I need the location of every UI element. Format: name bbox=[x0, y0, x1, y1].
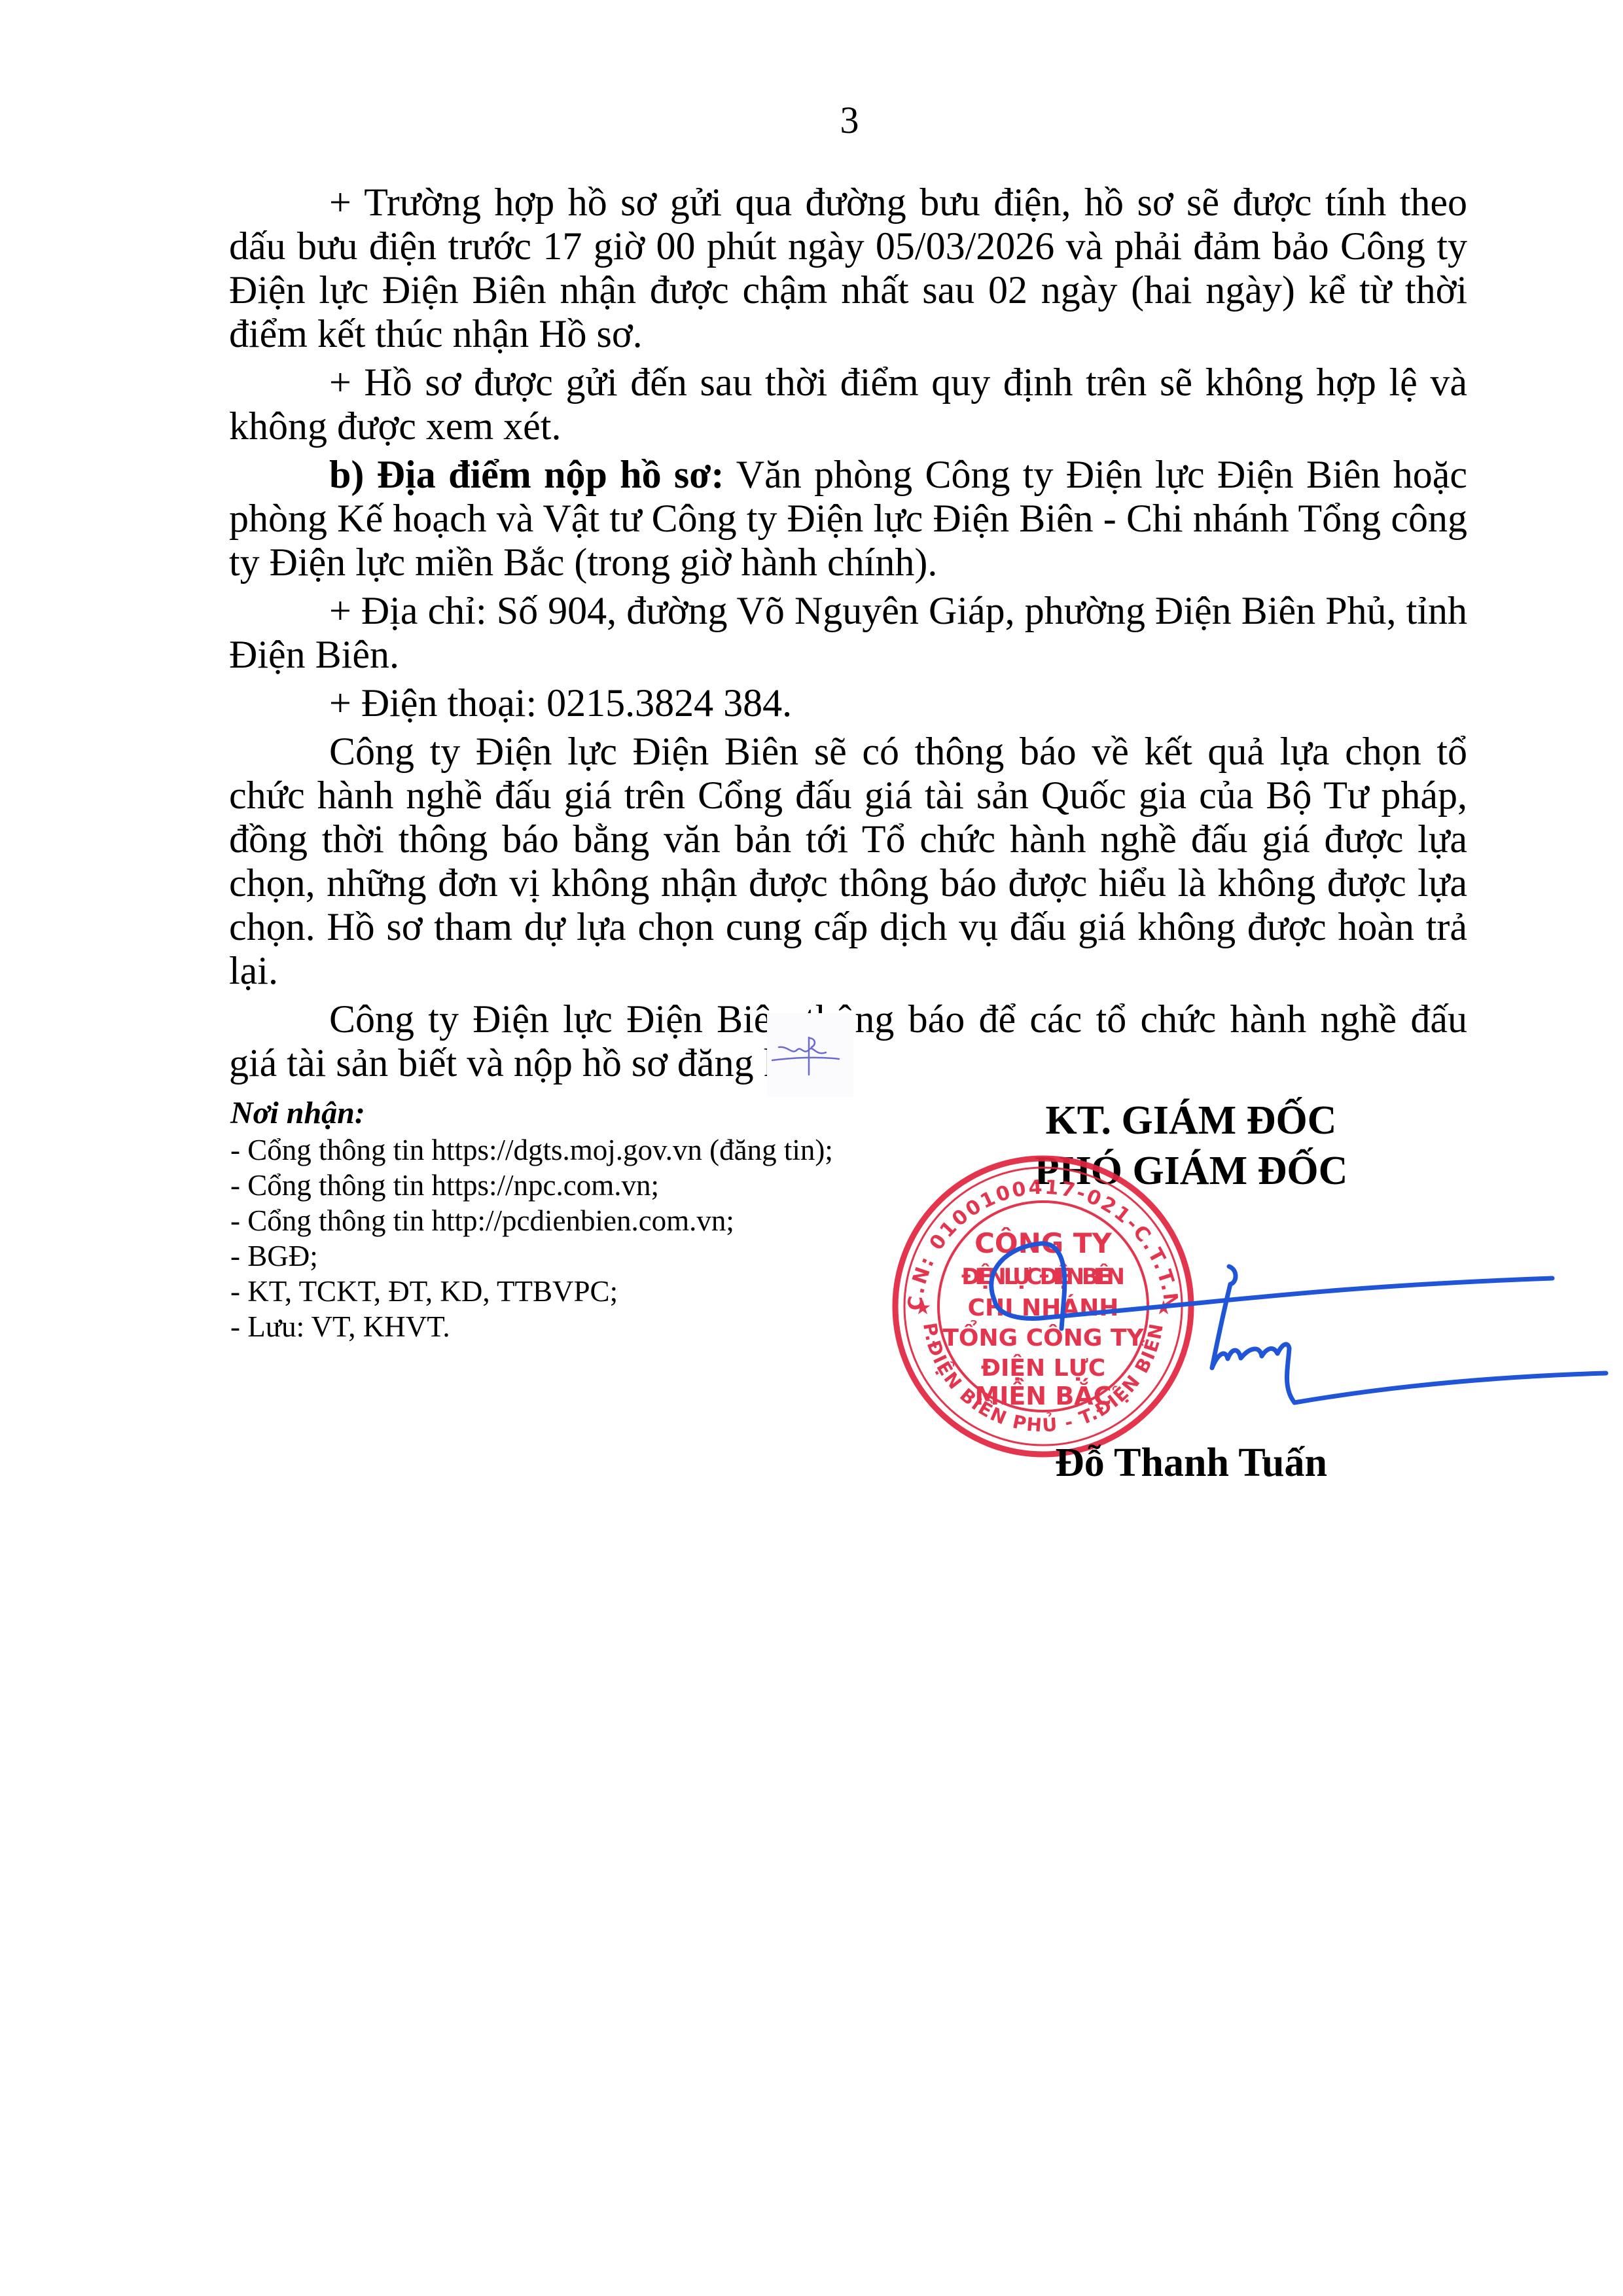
handwritten-signature-icon bbox=[991, 1244, 1606, 1403]
signer-name: Đỗ Thanh Tuấn bbox=[995, 1439, 1387, 1487]
svg-text:ĐIỆN LỰC: ĐIỆN LỰC bbox=[981, 1354, 1105, 1382]
svg-text:MIỀN BẮC: MIỀN BẮC bbox=[974, 1378, 1111, 1410]
page-number: 3 bbox=[817, 98, 882, 142]
recipient-item: - Cổng thông tin https://npc.com.vn; bbox=[230, 1168, 885, 1203]
svg-text:P.ĐIỆN BIÊN PHỦ - T.ĐIỆN BIÊN: P.ĐIỆN BIÊN PHỦ - T.ĐIỆN BIÊN bbox=[919, 1321, 1168, 1436]
paragraph-address: + Địa chỉ: Số 904, đường Võ Nguyên Giáp,… bbox=[229, 589, 1467, 677]
paragraph-text: Công ty Điện lực Điện Biên sẽ có thông b… bbox=[229, 730, 1467, 992]
initials-background bbox=[767, 1013, 853, 1097]
paragraph-submission-location: b) Địa điểm nộp hồ sơ: Văn phòng Công ty… bbox=[229, 453, 1467, 584]
recipient-item: - Cổng thông tin https://dgts.moj.gov.vn… bbox=[230, 1132, 885, 1168]
paragraph-text: + Địa chỉ: Số 904, đường Võ Nguyên Giáp,… bbox=[229, 589, 1467, 676]
svg-text:★: ★ bbox=[914, 1297, 932, 1319]
signature-title-line2: PHÓ GIÁM ĐỐC bbox=[995, 1146, 1387, 1196]
paragraph-postal-deadline: + Trường hợp hồ sơ gửi qua đường bưu điệ… bbox=[229, 181, 1467, 356]
svg-text:TỔNG CÔNG TY: TỔNG CÔNG TY bbox=[942, 1320, 1144, 1352]
paragraph-text: + Trường hợp hồ sơ gửi qua đường bưu điệ… bbox=[229, 181, 1467, 355]
signature-title-block: KT. GIÁM ĐỐC PHÓ GIÁM ĐỐC bbox=[995, 1096, 1387, 1196]
recipient-item: - Cổng thông tin http://pcdienbien.com.v… bbox=[230, 1203, 885, 1238]
paragraph-text: + Điện thoại: 0215.3824 384. bbox=[329, 681, 792, 725]
recipients-block: Nơi nhận: - Cổng thông tin https://dgts.… bbox=[230, 1094, 885, 1344]
signature-title-line1: KT. GIÁM ĐỐC bbox=[995, 1096, 1387, 1146]
document-body: + Trường hợp hồ sơ gửi qua đường bưu điệ… bbox=[229, 181, 1467, 1090]
paragraph-text: + Hồ sơ được gửi đến sau thời điểm quy đ… bbox=[229, 361, 1467, 448]
section-heading-location: b) Địa điểm nộp hồ sơ: bbox=[329, 453, 724, 496]
paragraph-phone: + Điện thoại: 0215.3824 384. bbox=[229, 681, 1467, 725]
svg-text:CÔNG TY: CÔNG TY bbox=[974, 1227, 1112, 1259]
recipients-list: - Cổng thông tin https://dgts.moj.gov.vn… bbox=[230, 1132, 885, 1344]
svg-text:ĐIỆN LỰC ĐIỆN BIÊN: ĐIỆN LỰC ĐIỆN BIÊN bbox=[961, 1263, 1125, 1290]
svg-text:CHI NHÁNH: CHI NHÁNH bbox=[968, 1294, 1119, 1321]
recipient-item: - Lưu: VT, KHVT. bbox=[230, 1309, 885, 1344]
svg-text:★: ★ bbox=[1155, 1297, 1173, 1319]
paragraph-result-notice: Công ty Điện lực Điện Biên sẽ có thông b… bbox=[229, 730, 1467, 993]
recipient-item: - KT, TCKT, ĐT, KD, TTBVPC; bbox=[230, 1274, 885, 1309]
recipients-heading: Nơi nhận: bbox=[230, 1094, 885, 1132]
paragraph-late-submission: + Hồ sơ được gửi đến sau thời điểm quy đ… bbox=[229, 361, 1467, 448]
recipient-item: - BGĐ; bbox=[230, 1238, 885, 1274]
